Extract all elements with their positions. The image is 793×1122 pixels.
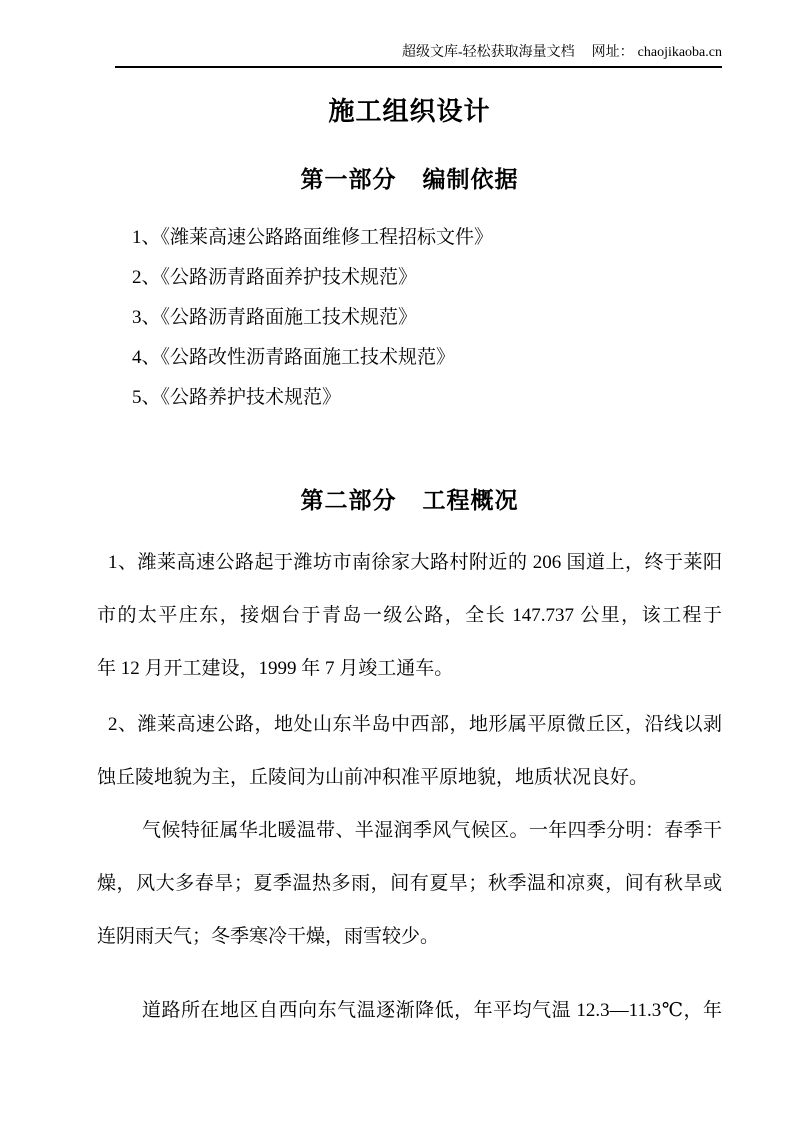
- paragraph: 道路所在地区自西向东气温逐渐降低，年平均气温 12.3—11.3℃，年: [97, 984, 722, 1037]
- list-item: 5、《公路养护技术规范》: [132, 378, 722, 418]
- header-promo-text: 超级文库-轻松获取海量文档: [402, 45, 575, 60]
- text-line: 道路所在地区自西向东气温逐渐降低，年平均气温 12.3—11.3℃，年: [97, 984, 722, 1037]
- header-url-label: 网址：: [592, 45, 634, 60]
- text-line: 连阴雨天气；冬季寒冷干燥，雨雪较少。: [97, 910, 722, 963]
- text-line: 燥，风大多春旱；夏季温热多雨，间有夏旱；秋季温和凉爽，间有秋旱或: [97, 857, 722, 910]
- text-line: 2、潍莱高速公路，地处山东半岛中西部，地形属平原微丘区，沿线以剥: [97, 698, 722, 751]
- list-item: 2、《公路沥青路面养护技术规范》: [132, 258, 722, 298]
- header-url-text: chaojikaoba.cn: [638, 45, 722, 60]
- text-line: 蚀丘陵地貌为主，丘陵间为山前冲积准平原地貌，地质状况良好。: [97, 751, 722, 804]
- reference-list: 1、《潍莱高速公路路面维修工程招标文件》 2、《公路沥青路面养护技术规范》 3、…: [97, 218, 722, 418]
- part-2-name: 工程概况: [423, 488, 519, 513]
- text-line: 市的太平庄东，接烟台于青岛一级公路，全长 147.737 公里，该工程于 199…: [97, 589, 722, 642]
- text-line: 年 12 月开工建设，1999 年 7 月竣工通车。: [97, 642, 722, 695]
- paragraph: 2、潍莱高速公路，地处山东半岛中西部，地形属平原微丘区，沿线以剥 蚀丘陵地貌为主…: [97, 698, 722, 804]
- page-header: 超级文库-轻松获取海量文档网址：chaojikaoba.cn: [97, 0, 722, 60]
- document-title: 施工组织设计: [97, 95, 722, 129]
- part-2-label: 第二部分: [301, 488, 397, 513]
- text-line: 气候特征属华北暖温带、半湿润季风气候区。一年四季分明：春季干: [97, 804, 722, 857]
- list-item: 3、《公路沥青路面施工技术规范》: [132, 298, 722, 338]
- part-1-label: 第一部分: [301, 167, 397, 192]
- text-line: 1、潍莱高速公路起于潍坊市南徐家大路村附近的 206 国道上，终于莱阳: [97, 536, 722, 589]
- paragraph: 1、潍莱高速公路起于潍坊市南徐家大路村附近的 206 国道上，终于莱阳 市的太平…: [97, 536, 722, 695]
- part-1-heading: 第一部分编制依据: [97, 167, 722, 193]
- document-page: 超级文库-轻松获取海量文档网址：chaojikaoba.cn 施工组织设计 第一…: [0, 0, 793, 1122]
- list-item: 1、《潍莱高速公路路面维修工程招标文件》: [132, 218, 722, 258]
- part-2-heading: 第二部分工程概况: [97, 488, 722, 514]
- part-1-name: 编制依据: [423, 167, 519, 192]
- header-divider: [115, 66, 722, 68]
- paragraph: 气候特征属华北暖温带、半湿润季风气候区。一年四季分明：春季干 燥，风大多春旱；夏…: [97, 804, 722, 963]
- list-item: 4、《公路改性沥青路面施工技术规范》: [132, 338, 722, 378]
